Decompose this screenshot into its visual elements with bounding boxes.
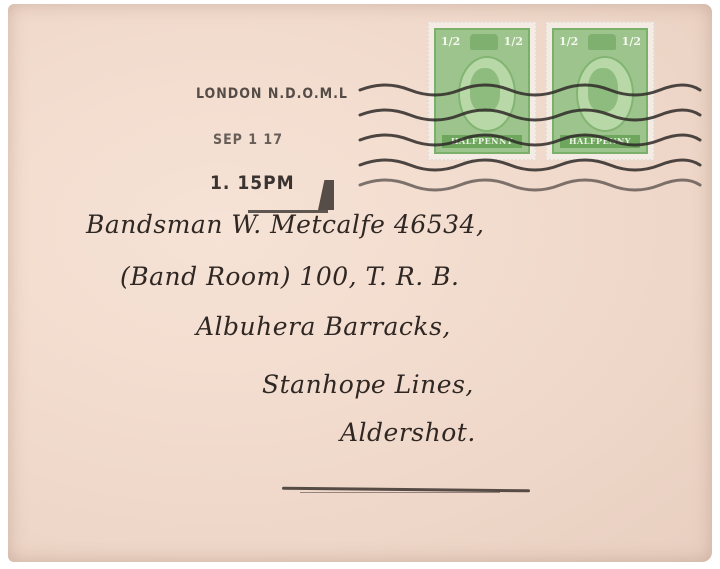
address-line-barracks: Albuhera Barracks, bbox=[196, 312, 451, 341]
postmark-time: 1. 15PM bbox=[210, 172, 295, 194]
stamp-denomination: 1/2 bbox=[504, 36, 523, 47]
stamp-label: HALFPENNY bbox=[442, 135, 522, 148]
stamp-denomination: 1/2 bbox=[559, 36, 578, 47]
address-line-town: Aldershot. bbox=[340, 418, 476, 447]
crown-icon bbox=[588, 34, 616, 50]
address-line-name: Bandsman W. Metcalfe 46534, bbox=[86, 210, 484, 239]
postmark-office: LONDON N.D.O.M.L bbox=[196, 86, 348, 102]
stamp-halfpenny-2: 1/2 1/2 HALFPENNY bbox=[546, 22, 654, 160]
stamp-denomination: 1/2 bbox=[622, 36, 641, 47]
address-underline-secondary bbox=[300, 492, 500, 493]
stamp-halfpenny-1: 1/2 1/2 HALFPENNY bbox=[428, 22, 536, 160]
postmark-date: SEP 1 17 bbox=[213, 132, 283, 148]
king-portrait-icon bbox=[576, 56, 634, 132]
stamp-denomination: 1/2 bbox=[441, 36, 460, 47]
stamp-label: HALFPENNY bbox=[560, 135, 640, 148]
address-line-lines: Stanhope Lines, bbox=[262, 370, 474, 399]
address-line-unit: (Band Room) 100, T. R. B. bbox=[120, 262, 459, 291]
crown-icon bbox=[470, 34, 498, 50]
king-portrait-icon bbox=[458, 56, 516, 132]
